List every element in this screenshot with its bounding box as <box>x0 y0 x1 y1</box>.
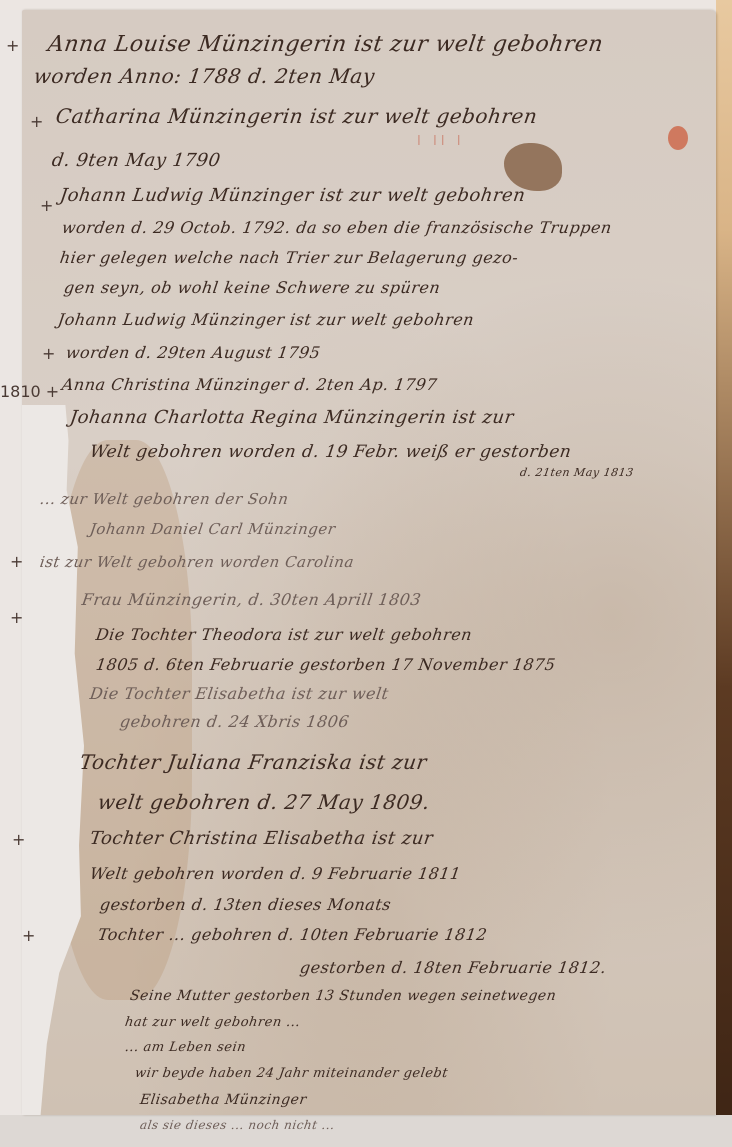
handwritten-line: Johann Daniel Carl Münzinger <box>89 520 337 538</box>
handwritten-line: ... am Leben sein <box>124 1040 247 1055</box>
red-stamp-text: I II I <box>417 134 465 149</box>
handwritten-line: Frau Münzingerin, d. 30ten Aprill 1803 <box>81 590 423 609</box>
handwritten-line: hat zur welt gebohren ... <box>124 1015 301 1030</box>
handwritten-line: als sie dieses ... noch nicht ... <box>139 1118 336 1132</box>
handwritten-line: gen seyn, ob wohl keine Schwere zu spüre… <box>63 278 442 297</box>
handwritten-line: Tochter Juliana Franziska ist zur <box>78 750 428 774</box>
margin-cross-mark: + <box>40 196 53 215</box>
handwritten-line: Die Tochter Elisabetha ist zur welt <box>89 684 390 703</box>
handwritten-line: Anna Louise Münzingerin ist zur welt geb… <box>46 32 605 57</box>
handwritten-line: ... zur Welt gebohren der Sohn <box>39 490 290 508</box>
handwritten-line: gestorben d. 18ten Februarie 1812. <box>299 958 608 977</box>
red-stamp-mark <box>668 126 688 150</box>
handwritten-line: Seine Mutter gestorben 13 Stunden wegen … <box>129 988 557 1004</box>
handwritten-line: d. 9ten May 1790 <box>51 150 222 171</box>
handwritten-line: Die Tochter Theodora ist zur welt gebohr… <box>95 625 474 644</box>
margin-cross-mark: + <box>10 608 23 627</box>
underlay-bottom <box>0 1115 732 1147</box>
margin-cross-mark: + <box>30 112 43 131</box>
margin-cross-mark: + <box>10 552 23 571</box>
handwritten-line: gebohren d. 24 Xbris 1806 <box>119 712 351 731</box>
handwritten-line: d. 21ten May 1813 <box>519 466 634 479</box>
handwritten-line: worden d. 29ten August 1795 <box>65 343 322 362</box>
handwritten-line: worden d. 29 Octob. 1792. da so eben die… <box>61 218 614 237</box>
handwritten-line: wir beyde haben 24 Jahr miteinander gele… <box>134 1066 449 1081</box>
handwritten-line: 1805 d. 6ten Februarie gestorben 17 Nove… <box>95 655 557 674</box>
handwritten-line: ist zur Welt gebohren worden Carolina <box>39 553 356 571</box>
margin-cross-mark: + <box>22 926 35 945</box>
handwritten-line: Catharina Münzingerin ist zur welt geboh… <box>54 104 539 128</box>
handwritten-line: hier gelegen welche nach Trier zur Belag… <box>59 248 520 267</box>
handwritten-line: Johann Ludwig Münzinger ist zur welt geb… <box>57 310 476 329</box>
handwritten-line: Tochter Christina Elisabetha ist zur <box>89 828 435 849</box>
margin-cross-mark: + <box>12 830 25 849</box>
margin-cross-mark: + <box>6 36 19 55</box>
handwritten-line: Johann Ludwig Münzinger ist zur welt geb… <box>59 185 527 206</box>
handwritten-line: Welt gebohren worden d. 9 Februarie 1811 <box>89 864 463 883</box>
handwritten-line: Johanna Charlotta Regina Münzingerin ist… <box>69 407 516 428</box>
handwritten-line: welt gebohren d. 27 May 1809. <box>96 790 431 814</box>
handwritten-line: Anna Christina Münzinger d. 2ten Ap. 179… <box>61 375 439 394</box>
handwritten-line: worden Anno: 1788 d. 2ten May <box>32 64 376 88</box>
handwritten-line: Tochter ... gebohren d. 10ten Februarie … <box>97 925 489 944</box>
handwritten-line: gestorben d. 13ten dieses Monats <box>99 895 393 914</box>
ink-blot <box>504 143 562 191</box>
margin-cross-mark: + <box>42 344 55 363</box>
handwritten-line: Welt gebohren worden d. 19 Febr. weiß er… <box>89 442 573 462</box>
margin-cross-mark: 1810 + <box>0 382 59 401</box>
table-surface <box>716 0 732 1147</box>
handwritten-line: Elisabetha Münzinger <box>139 1092 308 1108</box>
